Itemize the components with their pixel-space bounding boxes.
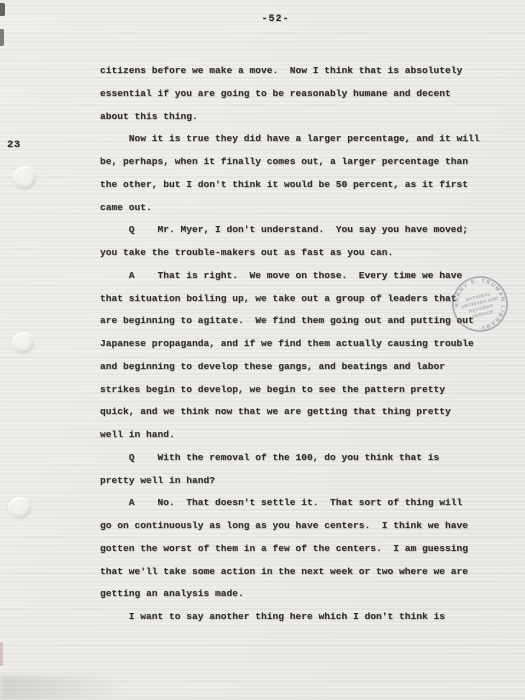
hole-punch-mark	[8, 497, 31, 518]
text-line: quick, and we think now that we are gett…	[100, 401, 480, 424]
text-line: go on continuously as long as you have c…	[100, 515, 480, 538]
hole-punch-mark	[12, 332, 34, 353]
text-line: strikes begin to develop, we begin to se…	[100, 379, 480, 402]
text-line: Q With the removal of the 100, do you th…	[100, 447, 480, 470]
text-line: you take the trouble-makers out as fast …	[100, 242, 480, 265]
text-line: that situation boiling up, we take out a…	[100, 288, 480, 311]
page-number: -52-	[13, 14, 525, 25]
text-line: be, perhaps, when it finally comes out, …	[100, 151, 480, 174]
scan-smudge	[0, 676, 150, 700]
text-line: and beginning to develop these gangs, an…	[100, 356, 480, 379]
text-line: I want to say another thing here which I…	[100, 606, 480, 629]
margin-note: 23	[7, 139, 21, 151]
text-line: that we'll take some action in the next …	[100, 561, 480, 584]
text-line: A That is right. We move on those. Every…	[100, 265, 480, 288]
scan-edge-mark	[0, 3, 5, 16]
text-line: about this thing.	[100, 106, 480, 129]
text-line: Japanese propaganda, and if we find them…	[100, 333, 480, 356]
transcript-text: citizens before we make a move. Now I th…	[100, 60, 480, 629]
scanned-document-page: -52- 23 citizens before we make a move. …	[0, 0, 525, 700]
text-line: gotten the worst of them in a few of the…	[100, 538, 480, 561]
text-line: Q Mr. Myer, I don't understand. You say …	[100, 219, 480, 242]
text-line: A No. That doesn't settle it. That sort …	[100, 492, 480, 515]
text-line: well in hand.	[100, 424, 480, 447]
text-line: essential if you are going to be reasona…	[100, 83, 480, 106]
text-line: citizens before we make a move. Now I th…	[100, 60, 480, 83]
text-line: Now it is true they did have a larger pe…	[100, 128, 480, 151]
text-line: are beginning to agitate. We find them g…	[100, 310, 480, 333]
scan-edge-mark	[0, 29, 4, 46]
text-line: getting an analysis made.	[100, 583, 480, 606]
text-line: pretty well in hand?	[100, 470, 480, 493]
hole-punch-mark	[13, 166, 36, 189]
scan-edge-mark	[0, 642, 3, 666]
text-line: the other, but I don't think it would be…	[100, 174, 480, 197]
text-line: came out.	[100, 197, 480, 220]
